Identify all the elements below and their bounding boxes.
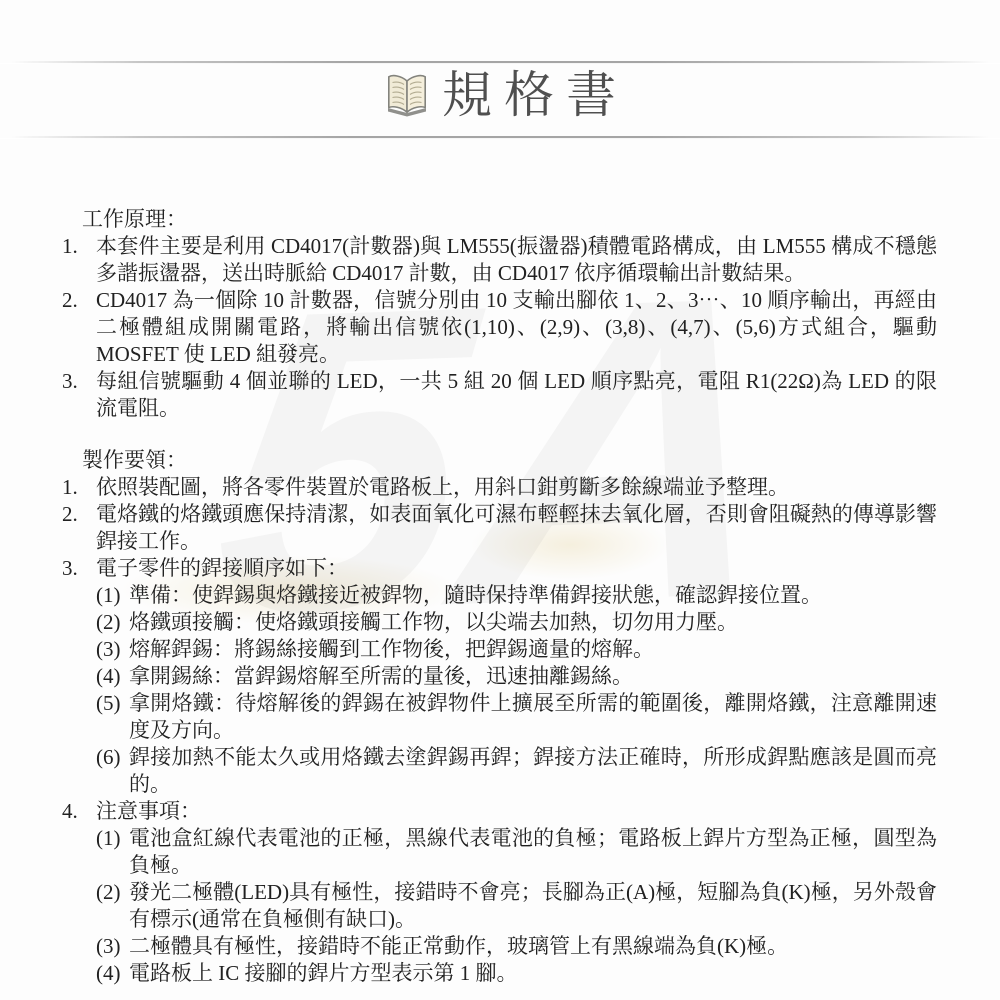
spec-sheet-page: 5A 規格書 工作原理： 1. 本套件主要是利用 CD4017(計數器)與 LM… <box>0 0 1000 1000</box>
subitem-text: 電路板上 IC 接腳的銲片方型表示第 1 腳。 <box>129 960 937 987</box>
list-item: 2. 電烙鐵的烙鐵頭應保持清潔，如表面氧化可濕布輕輕抹去氧化層，否則會阻礙熱的傳… <box>62 501 937 555</box>
subitem-tag: (5) <box>96 690 129 744</box>
sub-item: (5) 拿開烙鐵：待熔解後的銲錫在被銲物件上擴展至所需的範圍後，離開烙鐵，注意離… <box>96 690 937 744</box>
sub-item: (3) 二極體具有極性，接錯時不能正常動作，玻璃管上有黑線端為負(K)極。 <box>96 933 937 960</box>
subitem-tag: (2) <box>96 609 129 636</box>
section-heading: 製作要領： <box>82 447 937 474</box>
section-working-principle: 工作原理： 1. 本套件主要是利用 CD4017(計數器)與 LM555(振盪器… <box>62 206 937 422</box>
item-text: 注意事項： <box>96 798 937 825</box>
item-number: 3. <box>62 555 96 798</box>
subitem-text: 拿開錫絲：當銲錫熔解至所需的量後，迅速抽離錫絲。 <box>129 663 937 690</box>
subitem-text: 銲接加熱不能太久或用烙鐵去塗銲錫再銲；銲接方法正確時，所形成銲點應該是圓而亮的。 <box>129 744 937 798</box>
subitem-text: 拿開烙鐵：待熔解後的銲錫在被銲物件上擴展至所需的範圍後，離開烙鐵，注意離開速度及… <box>129 690 937 744</box>
sub-item: (1) 電池盒紅線代表電池的正極，黑線代表電池的負極；電路板上銲片方型為正極，圓… <box>96 825 937 879</box>
sub-item: (4) 拿開錫絲：當銲錫熔解至所需的量後，迅速抽離錫絲。 <box>96 663 937 690</box>
section-assembly-guidelines: 製作要領： 1. 依照裝配圖，將各零件裝置於電路板上，用斜口鉗剪斷多餘線端並予整… <box>62 447 937 987</box>
list-item: 3. 每組信號驅動 4 個並聯的 LED，一共 5 組 20 個 LED 順序點… <box>62 368 937 422</box>
list-item: 3. 電子零件的銲接順序如下： (1) 準備：使銲錫與烙鐵接近被銲物，隨時保持準… <box>62 555 937 798</box>
subitem-text: 電池盒紅線代表電池的正極，黑線代表電池的負極；電路板上銲片方型為正極，圓型為負極… <box>129 825 937 879</box>
item-number: 4. <box>62 798 96 987</box>
sub-item: (6) 銲接加熱不能太久或用烙鐵去塗銲錫再銲；銲接方法正確時，所形成銲點應該是圓… <box>96 744 937 798</box>
sub-item: (2) 發光二極體(LED)具有極性，接錯時不會亮；長腳為正(A)極，短腳為負(… <box>96 879 937 933</box>
item-number: 3. <box>62 368 96 422</box>
header-rule-bottom <box>0 136 1000 139</box>
item-text: 電烙鐵的烙鐵頭應保持清潔，如表面氧化可濕布輕輕抹去氧化層，否則會阻礙熱的傳導影響… <box>96 501 937 555</box>
subitem-tag: (1) <box>96 582 129 609</box>
subitem-tag: (3) <box>96 933 129 960</box>
item-body: 注意事項： (1) 電池盒紅線代表電池的正極，黑線代表電池的負極；電路板上銲片方… <box>96 798 937 987</box>
item-number: 2. <box>62 287 96 368</box>
sub-item: (2) 烙鐵頭接觸：使烙鐵頭接觸工作物，以尖端去加熱，切勿用力壓。 <box>96 609 937 636</box>
subitem-tag: (1) <box>96 825 129 879</box>
subitem-tag: (4) <box>96 663 129 690</box>
open-book-icon <box>384 72 430 118</box>
subitem-tag: (2) <box>96 879 129 933</box>
subitem-text: 熔解銲錫：將錫絲接觸到工作物後，把銲錫適量的熔解。 <box>129 636 937 663</box>
subitem-tag: (3) <box>96 636 129 663</box>
subitem-tag: (4) <box>96 960 129 987</box>
item-number: 1. <box>62 474 96 501</box>
subitem-text: 烙鐵頭接觸：使烙鐵頭接觸工作物，以尖端去加熱，切勿用力壓。 <box>129 609 937 636</box>
page-title: 規格書 <box>442 66 628 124</box>
item-text: 每組信號驅動 4 個並聯的 LED，一共 5 組 20 個 LED 順序點亮，電… <box>96 368 937 422</box>
subitem-text: 發光二極體(LED)具有極性，接錯時不會亮；長腳為正(A)極，短腳為負(K)極，… <box>129 879 937 933</box>
list-item: 1. 依照裝配圖，將各零件裝置於電路板上，用斜口鉗剪斷多餘線端並予整理。 <box>62 474 937 501</box>
section-heading: 工作原理： <box>82 206 937 233</box>
list-item: 1. 本套件主要是利用 CD4017(計數器)與 LM555(振盪器)積體電路構… <box>62 233 937 287</box>
header-rule-top <box>0 61 1000 64</box>
title-row: 規格書 <box>0 66 1000 124</box>
document-body: 工作原理： 1. 本套件主要是利用 CD4017(計數器)與 LM555(振盪器… <box>62 206 937 987</box>
item-body: 電子零件的銲接順序如下： (1) 準備：使銲錫與烙鐵接近被銲物，隨時保持準備銲接… <box>96 555 937 798</box>
list-item: 2. CD4017 為一個除 10 計數器，信號分別由 10 支輸出腳依 1、2… <box>62 287 937 368</box>
subitem-text: 二極體具有極性，接錯時不能正常動作，玻璃管上有黑線端為負(K)極。 <box>129 933 937 960</box>
list-item: 4. 注意事項： (1) 電池盒紅線代表電池的正極，黑線代表電池的負極；電路板上… <box>62 798 937 987</box>
item-number: 1. <box>62 233 96 287</box>
item-text: 依照裝配圖，將各零件裝置於電路板上，用斜口鉗剪斷多餘線端並予整理。 <box>96 474 937 501</box>
item-text: CD4017 為一個除 10 計數器，信號分別由 10 支輸出腳依 1、2、3⋯… <box>96 287 937 368</box>
item-text: 電子零件的銲接順序如下： <box>96 555 937 582</box>
item-number: 2. <box>62 501 96 555</box>
item-text: 本套件主要是利用 CD4017(計數器)與 LM555(振盪器)積體電路構成，由… <box>96 233 937 287</box>
sub-item: (4) 電路板上 IC 接腳的銲片方型表示第 1 腳。 <box>96 960 937 987</box>
sub-item: (3) 熔解銲錫：將錫絲接觸到工作物後，把銲錫適量的熔解。 <box>96 636 937 663</box>
subitem-text: 準備：使銲錫與烙鐵接近被銲物，隨時保持準備銲接狀態，確認銲接位置。 <box>129 582 937 609</box>
subitem-tag: (6) <box>96 744 129 798</box>
sub-item: (1) 準備：使銲錫與烙鐵接近被銲物，隨時保持準備銲接狀態，確認銲接位置。 <box>96 582 937 609</box>
